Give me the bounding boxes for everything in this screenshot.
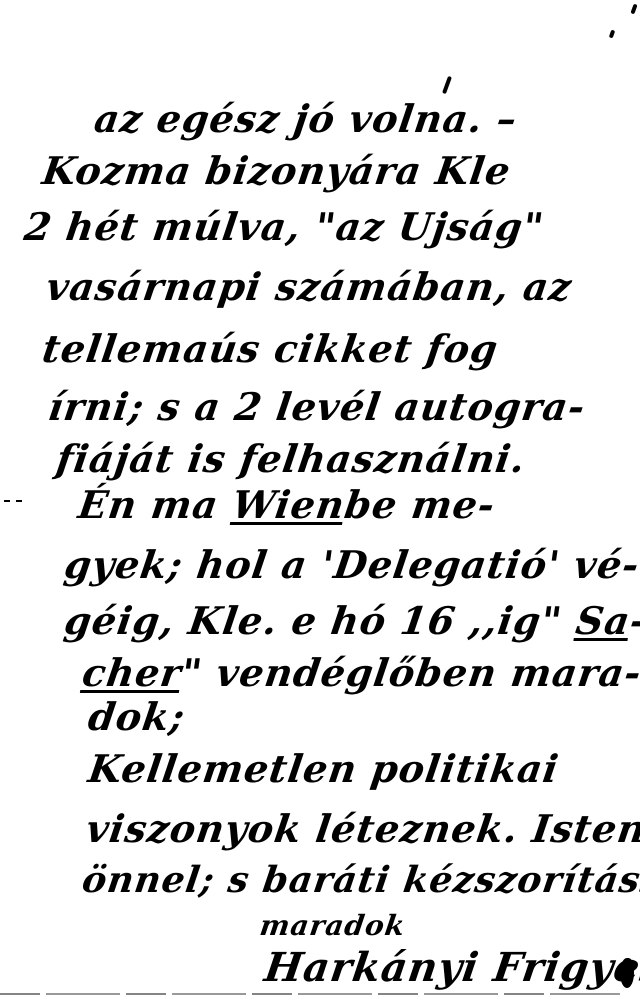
letter-signature: Harkányi Frigyes	[262, 948, 640, 988]
letter-line-12: dok;	[86, 698, 188, 736]
ink-mark	[630, 4, 637, 15]
underlined-word: cher	[80, 650, 185, 695]
ink-mark	[609, 30, 615, 39]
letter-line-13: Kellemetlen politikai	[86, 750, 561, 788]
letter-closing: maradok	[258, 912, 407, 940]
letter-line-11: cher" vendéglőben mara-	[80, 654, 640, 692]
letter-line-5: tellemaús cikket fog	[40, 330, 501, 368]
ink-blot	[620, 958, 634, 988]
underlined-word: Sa	[573, 598, 633, 643]
letter-line-9: gyek; hol a 'Delegatió' vé-	[62, 546, 640, 584]
letter-line-10: géig, Kle. e hó 16 ,,ig" Sa-	[62, 602, 640, 640]
letter-line-2: Kozma bizonyára Kle	[40, 152, 513, 190]
letter-line-6: írni; s a 2 levél autogra-	[46, 388, 588, 426]
letter-line-4: vasárnapi számában, az	[44, 268, 574, 306]
underlined-word: Wien	[229, 482, 348, 527]
letter-line-1: az egész jó volna. –	[92, 100, 520, 138]
letter-line-8: Én ma Wienbe me-	[76, 486, 498, 524]
margin-dash	[16, 500, 22, 502]
ink-accent-mark	[442, 76, 452, 94]
letter-page: az egész jó volna. – Kozma bizonyára Kle…	[0, 0, 640, 1000]
letter-line-14: viszonyok léteznek. Isten	[84, 810, 640, 848]
margin-dash	[4, 500, 10, 502]
letter-line-7: fiáját is felhasználni.	[54, 440, 528, 478]
page-bottom-edge	[0, 993, 620, 995]
letter-line-15: önnel; s baráti kézszorítással	[80, 862, 640, 898]
letter-line-3: 2 hét múlva, "az Ujság"	[22, 208, 547, 246]
